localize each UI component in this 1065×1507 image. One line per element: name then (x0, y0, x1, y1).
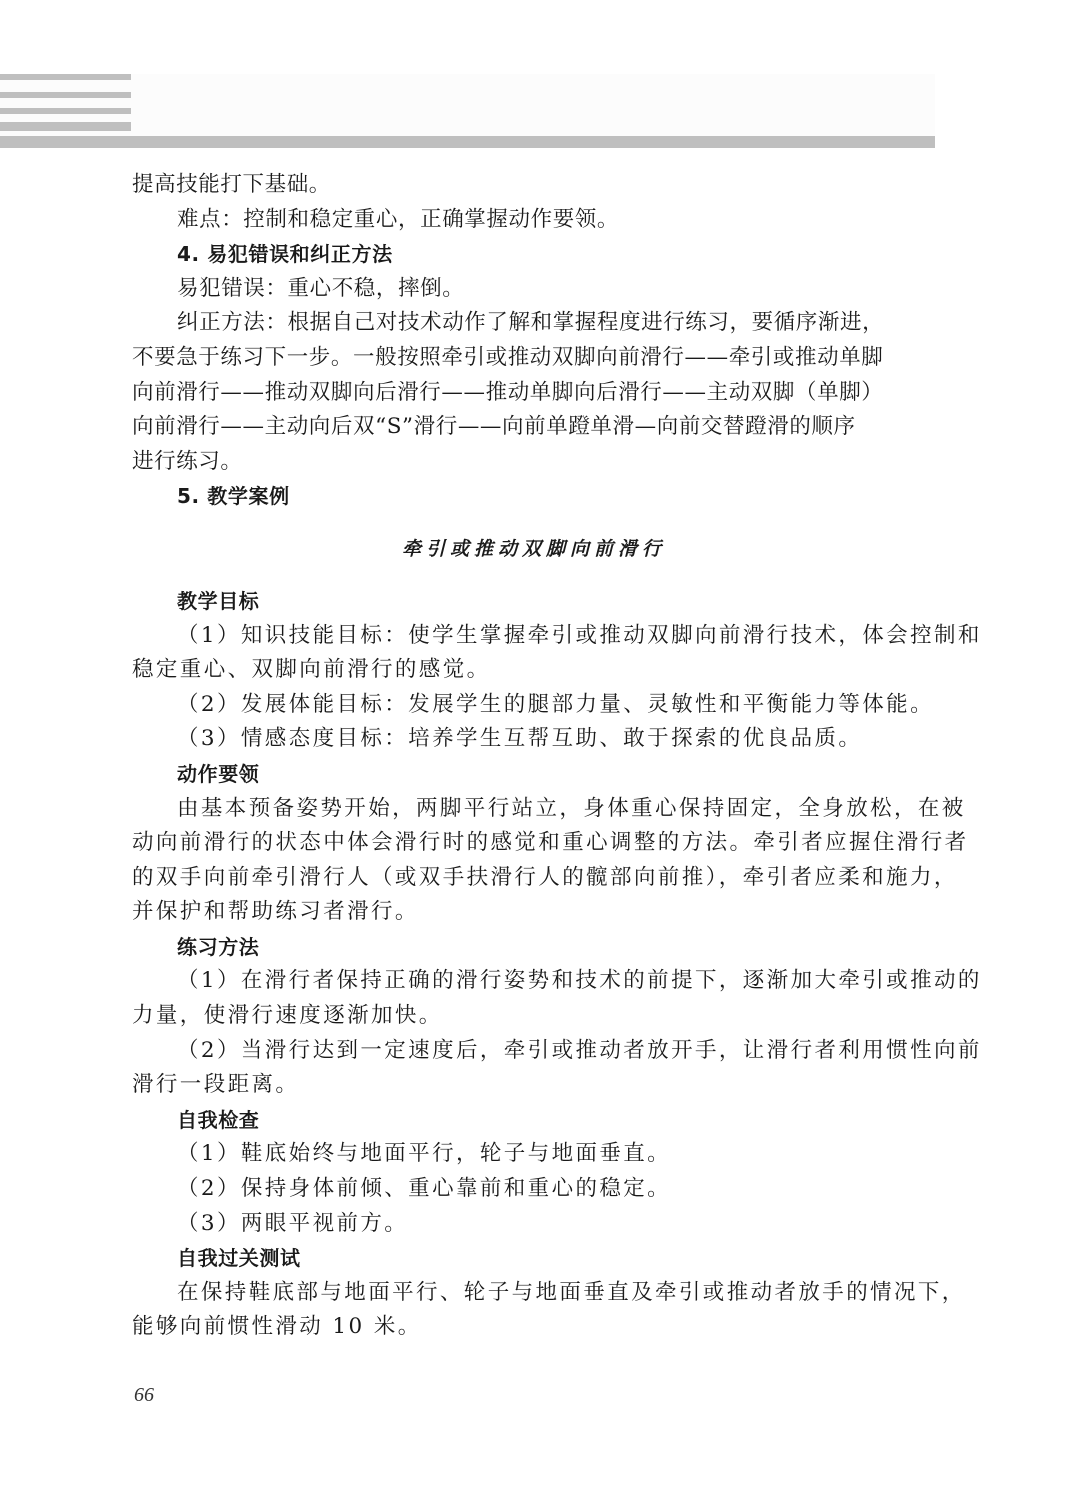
body-text: 向前滑行——主动向后双“S”滑行——向前单蹬单滑—向前交替蹬滑的顺序 (132, 410, 936, 445)
subsection-heading: 教学目标 (132, 584, 936, 619)
body-text: 动向前滑行的状态中体会滑行时的感觉和重心调整的方法。牵引者应握住滑行者 (132, 826, 936, 861)
body-text: 进行练习。 (132, 445, 936, 480)
body-text: 由基本预备姿势开始，两脚平行站立，身体重心保持固定，全身放松，在被 (132, 792, 936, 827)
body-text: 难点：控制和稳定重心，正确掌握动作要领。 (132, 203, 936, 238)
body-text: 在保持鞋底部与地面平行、轮子与地面垂直及牵引或推动者放手的情况下， (132, 1276, 936, 1311)
case-title: 牵引或推动双脚向前滑行 (132, 524, 936, 574)
body-text: 力量，使滑行速度逐渐加快。 (132, 999, 936, 1034)
body-text: 并保护和帮助练习者滑行。 (132, 895, 936, 930)
body-text: 纠正方法：根据自己对技术动作了解和掌握程度进行练习，要循序渐进， (132, 306, 936, 341)
section-heading: 4. 易犯错误和纠正方法 (132, 237, 936, 272)
page-content: 提高技能打下基础。 难点：控制和稳定重心，正确掌握动作要领。 4. 易犯错误和纠… (132, 168, 936, 1345)
body-text: 不要急于练习下一步。一般按照牵引或推动双脚向前滑行——牵引或推动单脚 (132, 341, 936, 376)
header-stripe (0, 108, 131, 114)
subsection-heading: 练习方法 (132, 930, 936, 965)
body-text: （1）鞋底始终与地面平行，轮子与地面垂直。 (132, 1137, 936, 1172)
section-heading: 5. 教学案例 (132, 479, 936, 514)
header-stripe (0, 74, 131, 80)
subsection-heading: 自我过关测试 (132, 1241, 936, 1276)
body-text: 提高技能打下基础。 (132, 168, 936, 203)
body-text: 的双手向前牵引滑行人（或双手扶滑行人的髋部向前推），牵引者应柔和施力， (132, 861, 936, 896)
body-text: （2）当滑行达到一定速度后，牵引或推动者放开手，让滑行者利用惯性向前 (132, 1034, 936, 1069)
body-text: 稳定重心、双脚向前滑行的感觉。 (132, 653, 936, 688)
header-band (0, 74, 935, 136)
body-text: （2）保持身体前倾、重心靠前和重心的稳定。 (132, 1172, 936, 1207)
body-text: （2）发展体能目标：发展学生的腿部力量、灵敏性和平衡能力等体能。 (132, 688, 936, 723)
subsection-heading: 动作要领 (132, 757, 936, 792)
subsection-heading: 自我检查 (132, 1103, 936, 1138)
body-text: （1）知识技能目标：使学生掌握牵引或推动双脚向前滑行技术，体会控制和 (132, 619, 936, 654)
body-text: 滑行一段距离。 (132, 1068, 936, 1103)
body-text: 向前滑行——推动双脚向后滑行——推动单脚向后滑行——主动双脚（单脚） (132, 376, 936, 411)
body-text: 易犯错误：重心不稳，摔倒。 (132, 272, 936, 307)
body-text: （3）情感态度目标：培养学生互帮互助、敢于探索的优良品质。 (132, 722, 936, 757)
body-text: （1）在滑行者保持正确的滑行姿势和技术的前提下，逐渐加大牵引或推动的 (132, 964, 936, 999)
header-rule (0, 136, 935, 148)
header-stripe (0, 122, 131, 131)
header-stripe (0, 92, 131, 98)
body-text: （3）两眼平视前方。 (132, 1207, 936, 1242)
page-number: 66 (134, 1384, 154, 1407)
body-text: 能够向前惯性滑动 10 米。 (132, 1310, 936, 1345)
